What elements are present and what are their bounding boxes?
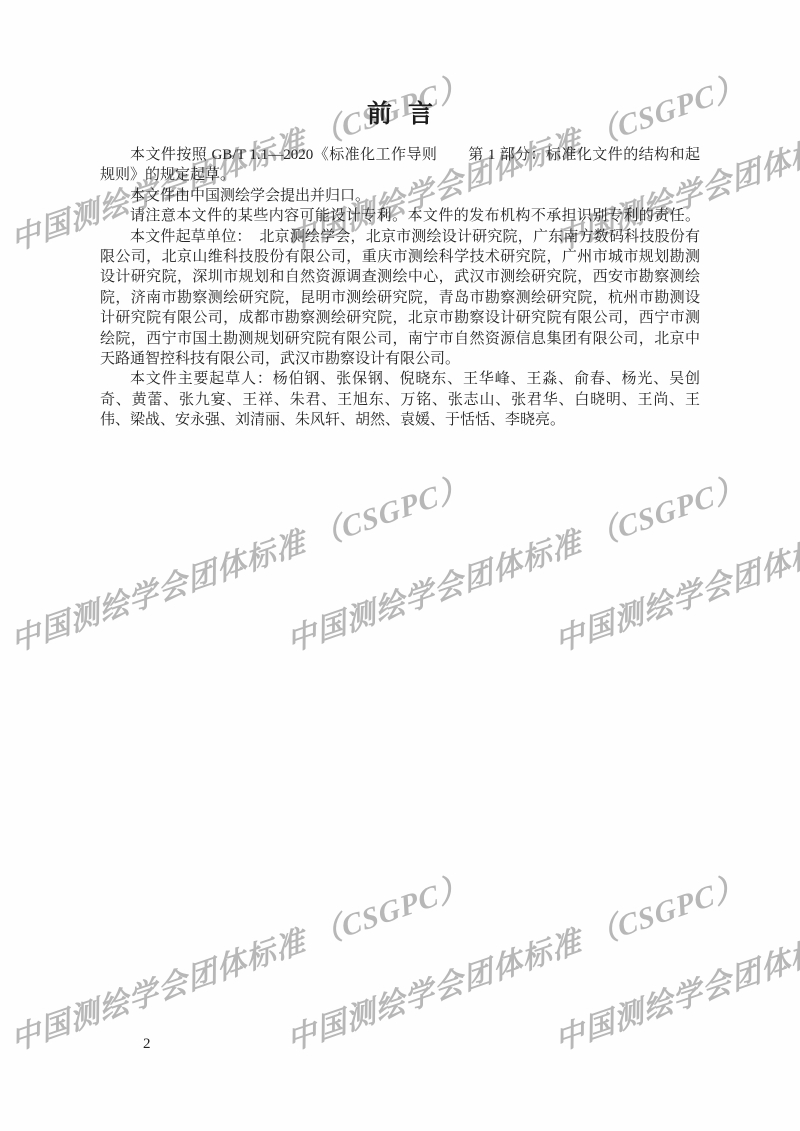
body-line: 伟、梁战、安永强、刘清丽、朱风轩、胡然、袁媛、于恬恬、李晓亮。 [100, 410, 700, 430]
page-number: 2 [143, 1034, 151, 1054]
document-page: 中国测绘学会团体标准 （CSGPC） 中国测绘学会团体标准 （CSGPC） 中国… [0, 0, 800, 1131]
body-line: 本文件主要起草人：杨伯钢、张保钢、倪晓东、王华峰、王淼、俞春、杨光、吴创 [100, 369, 700, 389]
watermark: 中国测绘学会团体标准 （CSGPC） [284, 469, 748, 659]
body-line: 本文件由中国测绘学会提出并归口。 [100, 186, 700, 206]
body-line: 限公司，北京山维科技股份有限公司，重庆市测绘科学技术研究院，广州市城市规划勘测 [100, 247, 700, 267]
body-line: 规则》的规定起草。 [100, 165, 700, 185]
body-line: 奇、黄蕾、张九宴、王祥、朱君、王旭东、万铭、张志山、张君华、白晓明、王尚、王 [100, 390, 700, 410]
body-text: 本文件按照 GB/T 1.1—2020《标准化工作导则 第 1 部分：标准化文件… [100, 145, 700, 430]
body-line: 天路通智控科技有限公司，武汉市勘察设计有限公司。 [100, 349, 700, 369]
watermark: 中国测绘学会团体标准 （CSGPC） [552, 868, 800, 1058]
body-line: 本文件按照 GB/T 1.1—2020《标准化工作导则 第 1 部分：标准化文件… [100, 145, 700, 165]
body-line: 计研究院有限公司，成都市勘察测绘研究院，北京市勘察设计研究院有限公司，西宁市测 [100, 308, 700, 328]
body-line: 绘院，西宁市国土勘测规划研究院有限公司，南宁市自然资源信息集团有限公司，北京中 [100, 329, 700, 349]
body-line: 本文件起草单位： 北京测绘学会，北京市测绘设计研究院，广东南方数码科技股份有 [100, 227, 700, 247]
watermark: 中国测绘学会团体标准 （CSGPC） [552, 469, 800, 659]
page-title: 前 言 [100, 99, 700, 129]
body-line: 院，济南市勘察测绘研究院，昆明市测绘研究院，青岛市勘察测绘研究院，杭州市勘测设 [100, 288, 700, 308]
watermark: 中国测绘学会团体标准 （CSGPC） [8, 868, 472, 1058]
body-line: 设计研究院，深圳市规划和自然资源调查测绘中心，武汉市测绘研究院，西安市勘察测绘 [100, 267, 700, 287]
body-line: 请注意本文件的某些内容可能设计专利。本文件的发布机构不承担识别专利的责任。 [100, 206, 700, 226]
watermark: 中国测绘学会团体标准 （CSGPC） [284, 868, 748, 1058]
watermark: 中国测绘学会团体标准 （CSGPC） [8, 469, 472, 659]
